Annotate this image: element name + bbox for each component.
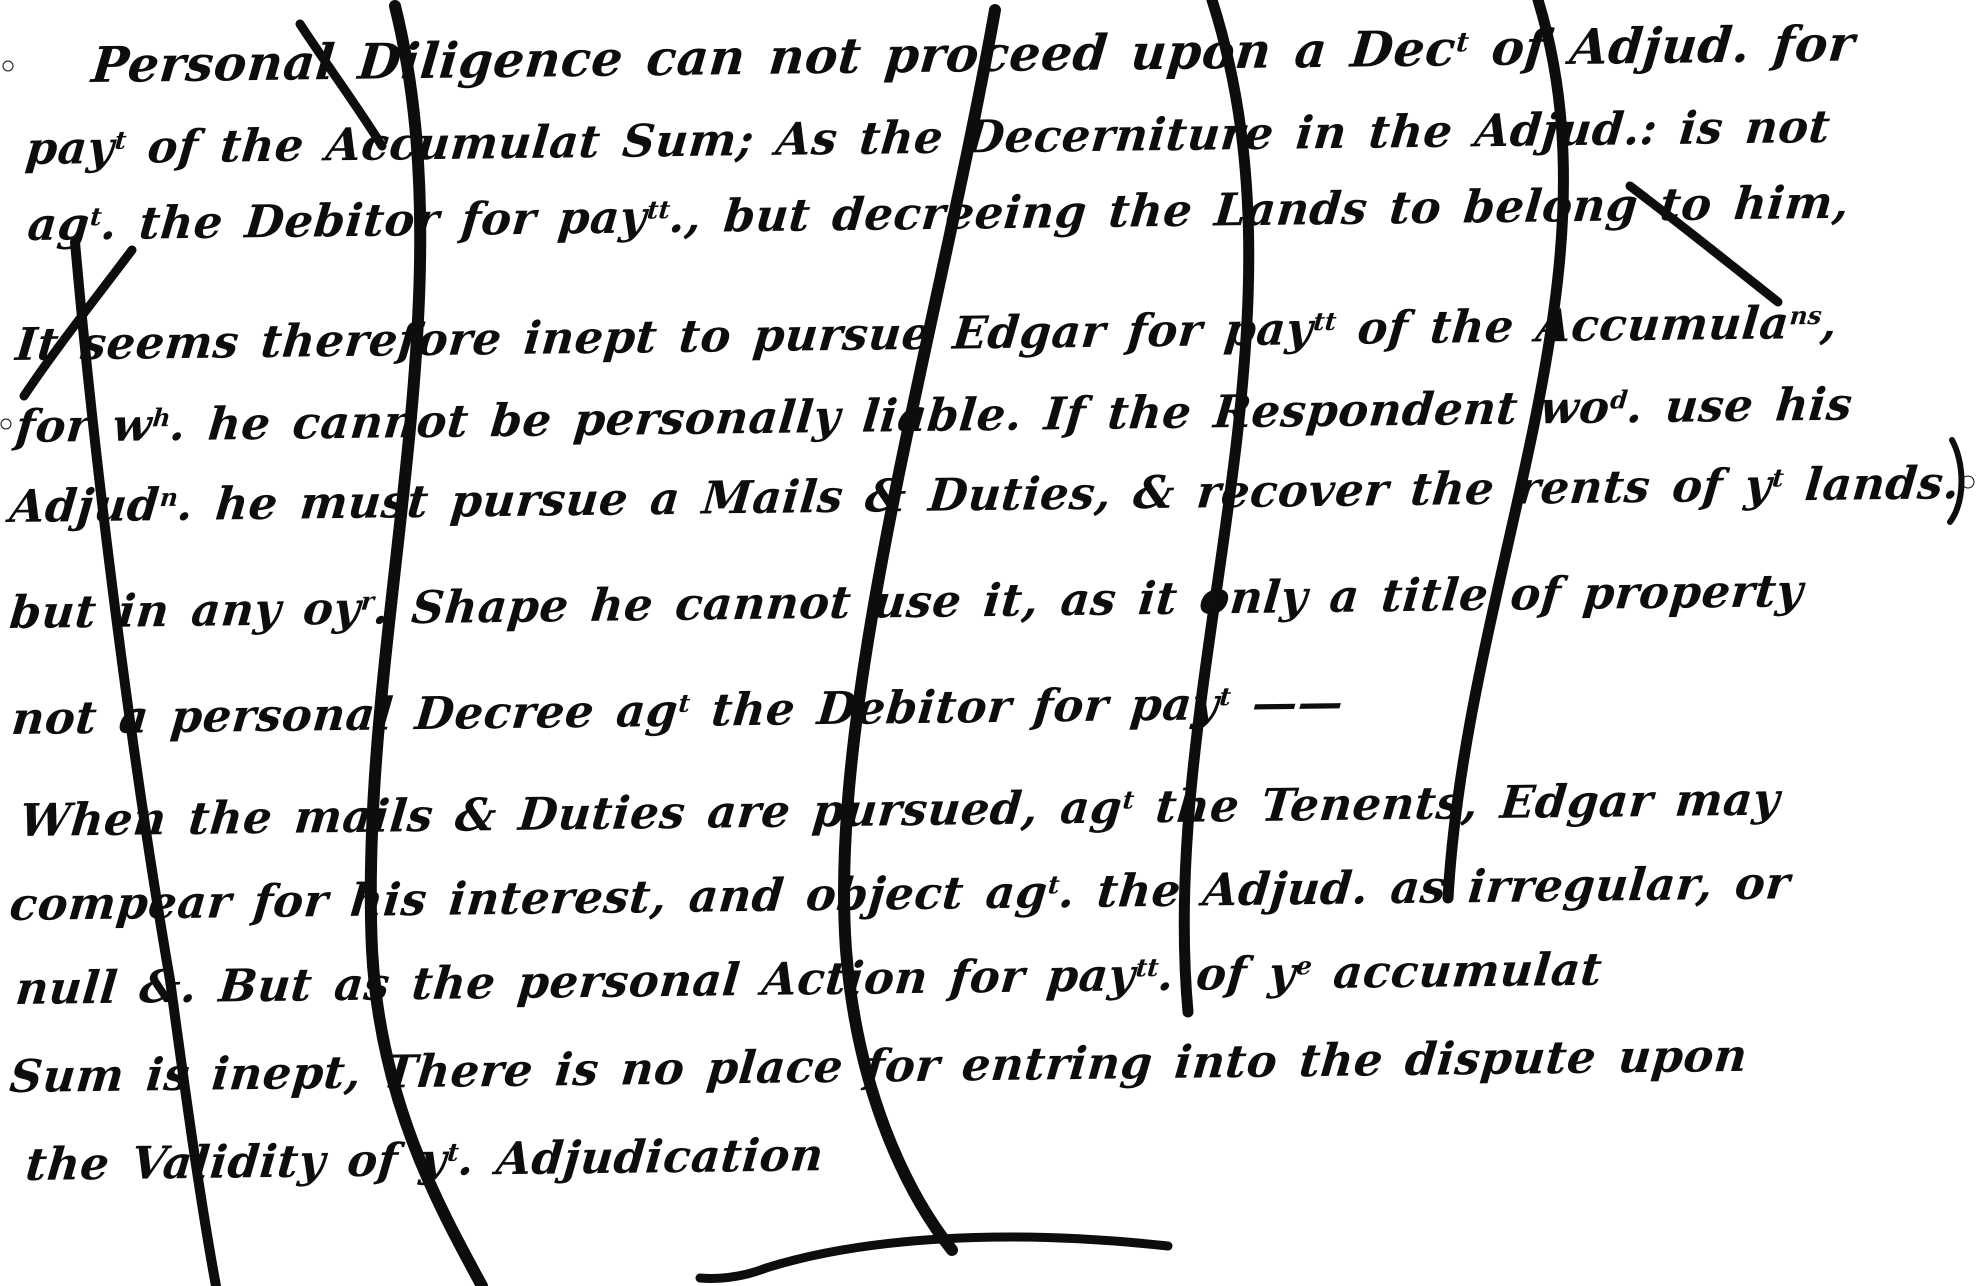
manuscript-line: Personal Diligence can not proceed upon … bbox=[89, 14, 1857, 94]
manuscript-line: not a personal Decree agt the Debitor fo… bbox=[10, 676, 1346, 745]
manuscript-line: It seems therefore inept to pursue Edgar… bbox=[14, 296, 1840, 371]
flourish-stroke bbox=[700, 1237, 1168, 1278]
manuscript-line: Sum is inept, There is no place for entr… bbox=[8, 1029, 1750, 1103]
manuscript-line: Adjudn. he must pursue a Mails & Duties,… bbox=[8, 456, 1963, 533]
manuscript-line: compear for his interest, and object agt… bbox=[8, 856, 1793, 931]
manuscript-line: for wh. he cannot be personally liable. … bbox=[14, 378, 1855, 454]
ink-speck bbox=[1, 419, 11, 429]
manuscript-line: agt. the Debitor for paytt., but decreei… bbox=[26, 176, 1852, 251]
manuscript-line: but in any oyr. Shape he cannot use it, … bbox=[8, 564, 1806, 639]
manuscript-line: null &. But as the personal Action for p… bbox=[14, 943, 1605, 1015]
ink-speck bbox=[1962, 476, 1974, 488]
ink-speck bbox=[3, 61, 13, 71]
manuscript-page: Personal Diligence can not proceed upon … bbox=[0, 0, 1981, 1286]
manuscript-line: the Validity of yt. Adjudication bbox=[24, 1128, 827, 1191]
manuscript-line: payt of the Accumulat Sum; As the Decern… bbox=[24, 100, 1833, 175]
manuscript-line: When the mails & Duties are pursued, agt… bbox=[18, 772, 1783, 847]
